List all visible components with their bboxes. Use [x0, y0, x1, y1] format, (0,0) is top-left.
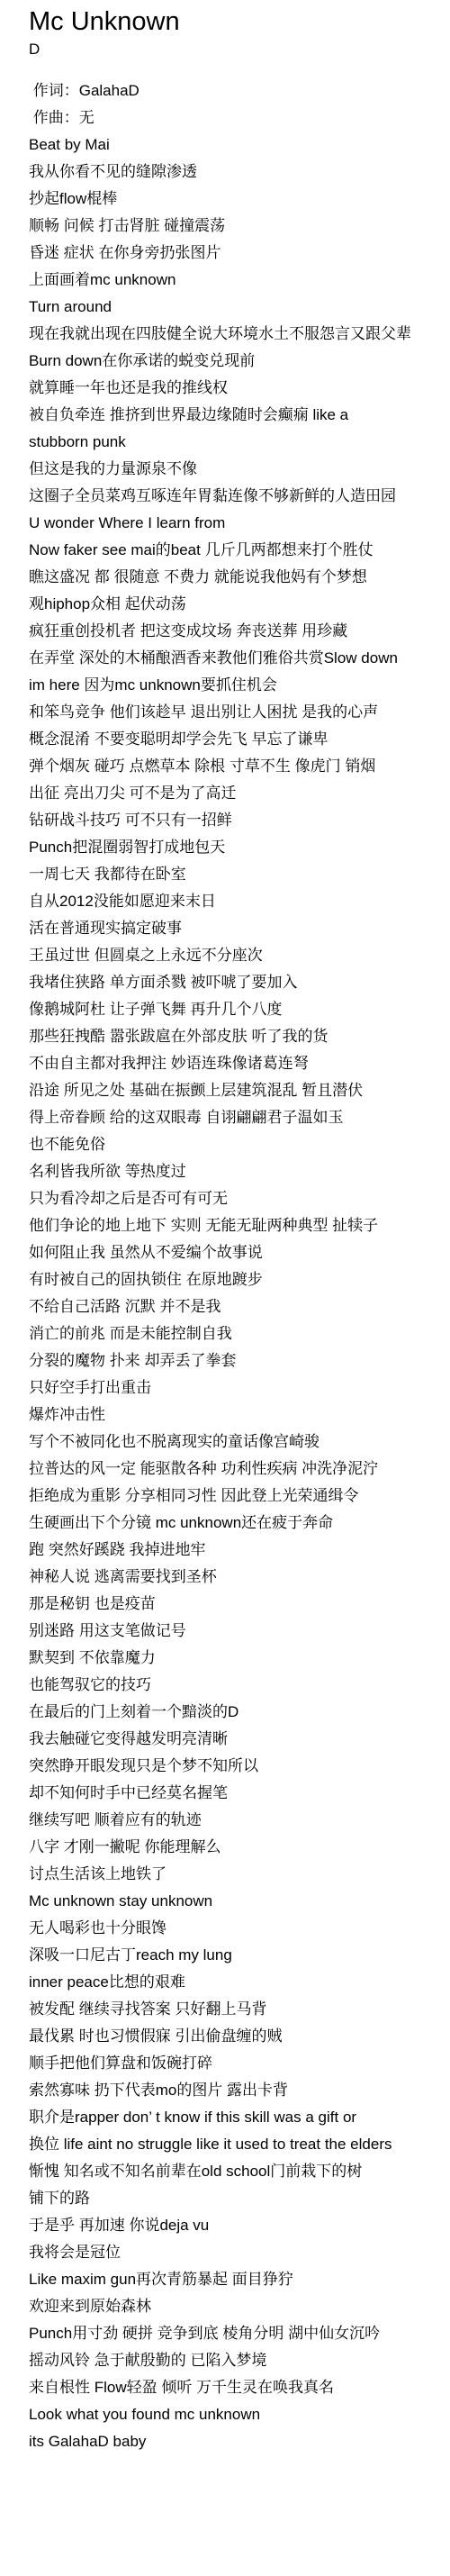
- lyric-line: 欢迎来到原始森林: [29, 2293, 450, 2320]
- lyric-line: 八字 才刚一撇呢 你能理解么: [29, 1834, 450, 1861]
- lyric-line: 但这是我的力量源泉不像: [29, 456, 450, 483]
- lyric-line: 爆炸冲击性: [29, 1401, 450, 1429]
- lyric-line: 无人喝彩也十分眼馋: [29, 1915, 450, 1942]
- lyric-line: 讨点生活该上地铁了: [29, 1861, 450, 1888]
- lyric-line: 现在我就出现在四肢健全说大环境水土不服怨言又跟父辈: [29, 321, 450, 348]
- lyric-line: inner peace比想的艰难: [29, 1969, 450, 1996]
- lyric-line: 职介是rapper don’ t know if this skill was …: [29, 2104, 450, 2131]
- lyric-line: 深吸一口尼古丁reach my lung: [29, 1942, 450, 1969]
- lyric-line: 拉普达的风一定 能驱散各种 功利性疾病 冲洗净泥泞: [29, 1456, 450, 1483]
- lyric-line: 有时被自己的固执锁住 在原地踱步: [29, 1266, 450, 1293]
- lyric-line: 生硬画出下个分镜 mc unknown还在疲于奔命: [29, 1510, 450, 1537]
- lyric-line: 他们争论的地上地下 实则 无能无耻两种典型 扯犊子: [29, 1212, 450, 1239]
- lyric-line: 来自根性 Flow轻盈 倾听 万千生灵在唤我真名: [29, 2374, 450, 2401]
- lyric-line: 拒绝成为重影 分享相同习性 因此登上光荣通缉令: [29, 1483, 450, 1510]
- lyric-line: 和笨鸟竞争 他们该趁早 退出别让人困扰 是我的心声: [29, 699, 450, 726]
- lyric-line: 顺手把他们算盘和饭碗打碎: [29, 2050, 450, 2077]
- lyricist-credit: 作词：GalahaD: [29, 77, 450, 104]
- lyric-line: Punch把混圈弱智打成地包天: [29, 834, 450, 861]
- lyric-line: 索然寡味 扔下代表mo的图片 露出卡背: [29, 2077, 450, 2104]
- lyric-line: 也能驾驭它的技巧: [29, 1672, 450, 1699]
- lyric-line: im here 因为mc unknown要抓住机会: [29, 672, 450, 699]
- lyric-line: 也不能免俗: [29, 1131, 450, 1158]
- lyric-line: 最伐累 时也习惯假寐 引出偷盘缠的贼: [29, 2023, 450, 2050]
- lyric-line: 得上帝眷顾 给的这双眼毒 自诩翩翩君子温如玉: [29, 1104, 450, 1131]
- lyric-line: its GalahaD baby: [29, 2428, 450, 2455]
- lyric-line: 疯狂重创投机者 把这变成坟场 奔丧送葬 用珍藏: [29, 618, 450, 645]
- lyric-line: 沿途 所见之处 基础在振颤上层建筑混乱 暂且潜伏: [29, 1077, 450, 1104]
- lyric-line: 写个不被同化也不脱离现实的童话像宫崎骏: [29, 1429, 450, 1456]
- lyric-line: 突然睁开眼发现只是个梦不知所以: [29, 1753, 450, 1780]
- lyric-line: stubborn punk: [29, 429, 450, 456]
- credits: 作词：GalahaD 作曲：无: [29, 77, 450, 132]
- lyric-line: 就算睡一年也还是我的推线权: [29, 375, 450, 402]
- lyric-line: Mc unknown stay unknown: [29, 1888, 450, 1915]
- lyric-line: Beat by Mai: [29, 132, 450, 159]
- lyric-line: 只好空手打出重击: [29, 1374, 450, 1401]
- lyric-line: Burn down在你承诺的蜕变兑现前: [29, 348, 450, 375]
- lyric-line: 名利皆我所欲 等热度过: [29, 1158, 450, 1185]
- lyrics-page: Mc Unknown D 作词：GalahaD 作曲：无 Beat by Mai…: [0, 0, 450, 2576]
- lyric-line: 换位 life aint no struggle like it used to…: [29, 2131, 450, 2158]
- lyric-line: 默契到 不依靠魔力: [29, 1645, 450, 1672]
- lyric-line: 抄起flow棍棒: [29, 186, 450, 213]
- lyric-line: Now faker see mai的beat 几斤几两都想来打个胜仗: [29, 537, 450, 564]
- lyric-line: 钻研战斗技巧 可不只有一招鲜: [29, 807, 450, 834]
- lyric-line: 我堵住狭路 单方面杀戮 被吓唬了要加入: [29, 969, 450, 996]
- lyric-line: 我去触碰它变得越发明亮清晰: [29, 1726, 450, 1753]
- lyric-line: 在最后的门上刻着一个黯淡的D: [29, 1699, 450, 1726]
- lyric-line: 于是乎 再加速 你说deja vu: [29, 2212, 450, 2239]
- lyric-line: 自从2012没能如愿迎来末日: [29, 888, 450, 915]
- lyric-line: 被自负牵连 推挤到世界最边缘随时会癫痫 like a: [29, 402, 450, 429]
- lyric-line: Punch用寸劲 硬拼 竞争到底 棱角分明 湖中仙女沉吟: [29, 2320, 450, 2347]
- lyrics-body: Beat by Mai我从你看不见的缝隙渗透抄起flow棍棒顺畅 问候 打击肾脏…: [29, 132, 450, 2455]
- lyric-line: 如何阻止我 虽然从不爱编个故事说: [29, 1239, 450, 1266]
- composer-credit: 作曲：无: [29, 104, 450, 132]
- lyric-line: 只为看冷却之后是否可有可无: [29, 1185, 450, 1212]
- lyric-line: 那是秘钥 也是疫苗: [29, 1591, 450, 1618]
- lyric-line: 像鹅城阿杜 让子弹飞舞 再升几个八度: [29, 996, 450, 1023]
- lyric-line: Look what you found mc unknown: [29, 2401, 450, 2428]
- lyric-line: 别迷路 用这支笔做记号: [29, 1618, 450, 1645]
- lyric-line: 消亡的前兆 而是未能控制自我: [29, 1320, 450, 1347]
- lyric-line: 分裂的魔物 扑来 却弄丢了拳套: [29, 1347, 450, 1374]
- lyric-line: 我将会是冠位: [29, 2239, 450, 2266]
- lyric-line: 惭愧 知名或不知名前辈在old school门前栽下的树: [29, 2158, 450, 2185]
- lyric-line: 活在普通现实搞定破事: [29, 915, 450, 942]
- lyric-line: 瞧这盛况 都 很随意 不费力 就能说我他妈有个梦想: [29, 564, 450, 591]
- lyric-line: 摇动风铃 急于献殷勤的 已陷入梦境: [29, 2347, 450, 2374]
- lyric-line: 这圈子全员菜鸡互啄连年胃黏连像不够新鲜的人造田园: [29, 483, 450, 510]
- lyric-line: 概念混淆 不要变聪明却学会先飞 早忘了谦卑: [29, 726, 450, 753]
- lyric-line: 我从你看不见的缝隙渗透: [29, 159, 450, 186]
- lyric-line: 铺下的路: [29, 2185, 450, 2212]
- lyric-line: 出征 亮出刀尖 可不是为了高迁: [29, 780, 450, 807]
- lyric-line: Like maxim gun再次青筋暴起 面目狰狞: [29, 2266, 450, 2293]
- lyric-line: 弹个烟灰 碰巧 点燃草本 除根 寸草不生 像虎门 销烟: [29, 753, 450, 780]
- lyric-line: Turn around: [29, 294, 450, 321]
- lyric-line: 继续写吧 顺着应有的轨迹: [29, 1807, 450, 1834]
- lyric-line: 一周七天 我都待在卧室: [29, 861, 450, 888]
- lyric-line: 在弄堂 深处的木桶酿酒香来教他们雅俗共赏Slow down: [29, 645, 450, 672]
- lyric-line: 神秘人说 逃离需要找到圣杯: [29, 1564, 450, 1591]
- lyric-line: 顺畅 问候 打击肾脏 碰撞震荡: [29, 213, 450, 240]
- lyric-line: 昏迷 症状 在你身旁扔张图片: [29, 240, 450, 267]
- lyric-line: 王虽过世 但圆桌之上永远不分座次: [29, 942, 450, 969]
- lyric-line: 不由自主都对我押注 妙语连珠像诸葛连弩: [29, 1050, 450, 1077]
- lyric-line: U wonder Where I learn from: [29, 510, 450, 537]
- lyric-line: 被发配 继续寻找答案 只好翻上马背: [29, 1996, 450, 2023]
- lyric-line: 却不知何时手中已经莫名握笔: [29, 1780, 450, 1807]
- lyric-line: 上面画着mc unknown: [29, 267, 450, 294]
- lyric-line: 跑 突然好蹊跷 我掉进地牢: [29, 1537, 450, 1564]
- lyric-line: 那些狂拽酷 嚣张跋扈在外部皮肤 听了我的货: [29, 1023, 450, 1050]
- song-title: Mc Unknown: [29, 5, 450, 38]
- lyric-line: 观hiphop众相 起伏动荡: [29, 591, 450, 618]
- song-subtitle: D: [29, 40, 450, 59]
- lyric-line: 不给自己活路 沉默 并不是我: [29, 1293, 450, 1320]
